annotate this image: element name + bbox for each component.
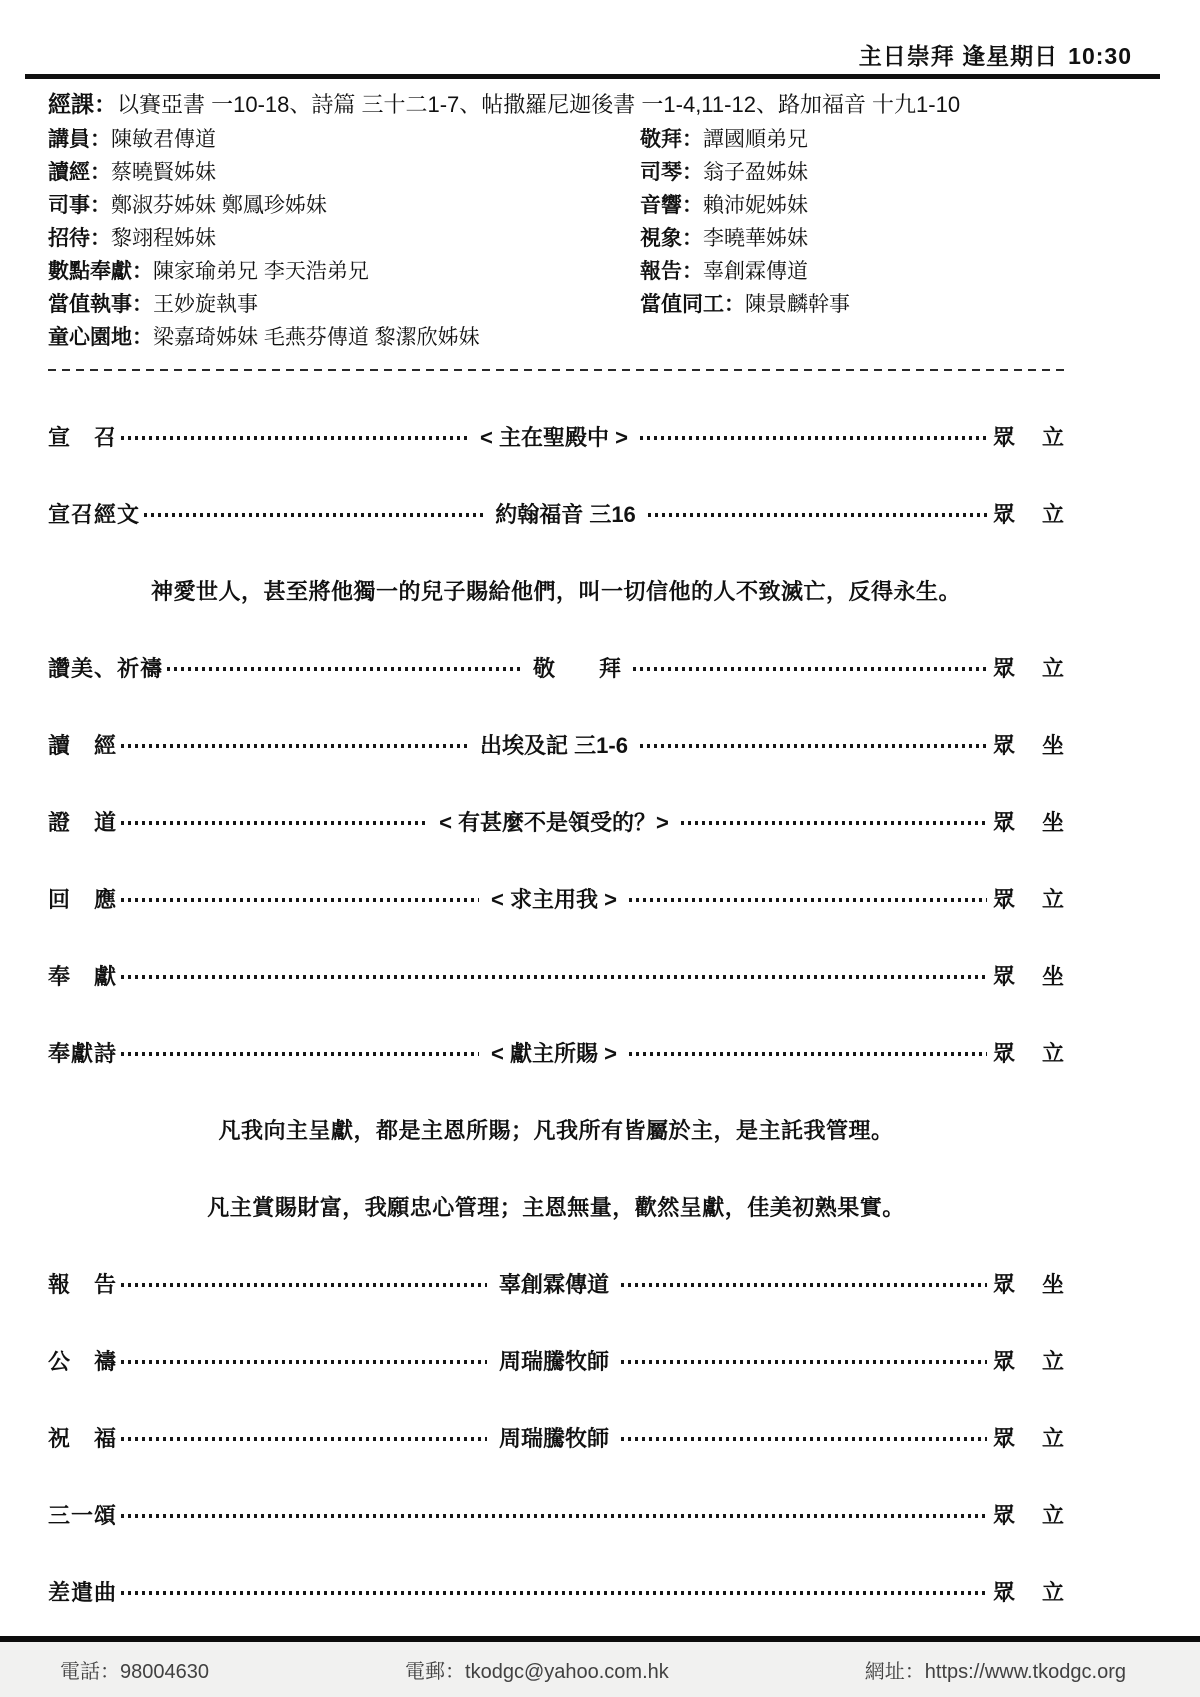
order-item-label: 差遣曲 [48,1576,117,1607]
email-value: tkodgc@yahoo.com.hk [465,1661,669,1683]
website-label: 網址： [865,1661,925,1683]
role-item: 讀經：蔡曉賢姊妹 [48,156,640,189]
order-row: 報 告 辜創霖傳道 眾 坐 [48,1268,1064,1299]
dotted-leader [621,1437,987,1441]
service-time: 10:30 [1068,43,1132,70]
order-row: 證 道 < 有甚麼不是領受的？> 眾 坐 [48,806,1064,837]
order-item-label: 回 應 [48,883,117,914]
stance-label: 坐 [1042,729,1064,760]
order-item-label: 讀 經 [48,729,117,760]
stance-label: 立 [1042,421,1064,452]
verse-text: 凡我向主呈獻，都是主恩所賜；凡我所有皆屬於主，是主託我管理。 [218,1118,893,1143]
stance-label: 立 [1042,883,1064,914]
dotted-leader [121,436,468,440]
order-item-center: < 求主用我 > [483,883,625,914]
congregation-posture: 眾 立 [993,1576,1064,1607]
order-item-center: < 有甚麼不是領受的？> [431,806,677,837]
order-row: 讚美、祈禱 敬 拜 眾 立 [48,652,1064,683]
order-row: 宣召經文 約翰福音 三16 眾 立 [48,498,1064,529]
posture-label: 眾 [993,498,1015,529]
role-label: 敬拜： [640,128,703,151]
role-value: 王妙旋執事 [153,293,258,316]
order-row: 宣 召 < 主在聖殿中 > 眾 立 [48,421,1064,452]
role-value: 蔡曉賢姊妹 [111,161,216,184]
role-value: 辜創霖傳道 [703,260,808,283]
dotted-leader [121,1360,487,1364]
congregation-posture: 眾 坐 [993,729,1064,760]
congregation-posture: 眾 坐 [993,1268,1064,1299]
dotted-leader [121,1283,487,1287]
role-item: 講員：陳敏君傳道 [48,123,640,156]
order-item-label: 報 告 [48,1268,117,1299]
stance-label: 坐 [1042,806,1064,837]
order-item-center: < 主在聖殿中 > [472,421,636,452]
role-label: 視象： [640,227,703,250]
posture-label: 眾 [993,960,1015,991]
stance-label: 立 [1042,1345,1064,1376]
role-label: 當值執事： [48,293,153,316]
lectionary-text: 以賽亞書 一10-18、詩篇 三十二1-7、帖撒羅尼迦後書 一1-4,11-12… [117,92,960,117]
verse-text: 凡主賞賜財富，我願忠心管理；主恩無量，歡然呈獻，佳美初熟果實。 [207,1195,905,1220]
footer-email: 電郵：tkodgc@yahoo.com.hk [405,1655,669,1684]
verse-row: 凡我向主呈獻，都是主恩所賜；凡我所有皆屬於主，是主託我管理。 [48,1114,1064,1145]
posture-label: 眾 [993,883,1015,914]
dotted-leader [640,436,987,440]
order-of-service: 宣 召 < 主在聖殿中 > 眾 立 宣召經文 約翰福音 三16 眾 立 神愛世人… [48,421,1064,1607]
role-item: 當值執事：王妙旋執事 [48,288,640,321]
role-value: 梁嘉琦姊妹 毛燕芬傳道 黎潔欣姊妹 [153,326,480,349]
order-item-center: 辜創霖傳道 [491,1268,617,1299]
stance-label: 立 [1042,652,1064,683]
roles-column-right: 敬拜：譚國順弟兄 司琴：翁子盈姊妹 音響：賴沛妮姊妹 視象：李曉華姊妹 報告：辜… [640,123,1064,354]
bulletin-content: 經課：以賽亞書 一10-18、詩篇 三十二1-7、帖撒羅尼迦後書 一1-4,11… [48,88,1064,1653]
order-row: 差遣曲 眾 立 [48,1576,1064,1607]
role-value: 陳家瑜弟兄 李天浩弟兄 [153,260,369,283]
footer-phone: 電話：98004630 [60,1655,209,1684]
congregation-posture: 眾 立 [993,1422,1064,1453]
posture-label: 眾 [993,1345,1015,1376]
role-item: 司琴：翁子盈姊妹 [640,156,1064,189]
role-item: 童心園地：梁嘉琦姊妹 毛燕芬傳道 黎潔欣姊妹 [48,321,640,354]
order-row: 讀 經 出埃及記 三1-6 眾 坐 [48,729,1064,760]
posture-label: 眾 [993,729,1015,760]
website-value: https://www.tkodgc.org [925,1661,1126,1683]
role-label: 音響： [640,194,703,217]
dotted-leader [629,898,987,902]
congregation-posture: 眾 坐 [993,806,1064,837]
order-item-label: 三一頌 [48,1499,117,1530]
email-label: 電郵： [405,1661,465,1683]
role-value: 陳敏君傳道 [111,128,216,151]
order-item-center: 周瑞騰牧師 [491,1345,617,1376]
role-value: 譚國順弟兄 [703,128,808,151]
order-row: 回 應 < 求主用我 > 眾 立 [48,883,1064,914]
role-value: 翁子盈姊妹 [703,161,808,184]
order-row: 奉 獻 眾 坐 [48,960,1064,991]
lectionary-line: 經課：以賽亞書 一10-18、詩篇 三十二1-7、帖撒羅尼迦後書 一1-4,11… [48,88,1064,121]
congregation-posture: 眾 立 [993,1345,1064,1376]
roles-section: 講員：陳敏君傳道 讀經：蔡曉賢姊妹 司事：鄭淑芬姊妹 鄭鳳珍姊妹 招待：黎翊程姊… [48,123,1064,354]
lectionary-label: 經課： [48,91,117,117]
bulletin-page: 主日崇拜 逢星期日 10:30 經課：以賽亞書 一10-18、詩篇 三十二1-7… [0,0,1200,1697]
role-value: 鄭淑芬姊妹 鄭鳳珍姊妹 [111,194,327,217]
order-item-center: 出埃及記 三1-6 [472,729,636,760]
phone-value: 98004630 [120,1661,209,1683]
stance-label: 立 [1042,1499,1064,1530]
posture-label: 眾 [993,652,1015,683]
role-item: 當值同工：陳景麟幹事 [640,288,1064,321]
order-item-label: 奉獻詩 [48,1037,117,1068]
order-row: 奉獻詩 < 獻主所賜 > 眾 立 [48,1037,1064,1068]
dotted-leader [144,513,483,517]
dashed-divider [48,369,1064,371]
dotted-leader [121,1437,487,1441]
role-label: 當值同工： [640,293,745,316]
congregation-posture: 眾 立 [993,652,1064,683]
role-label: 數點奉獻： [48,260,153,283]
posture-label: 眾 [993,1037,1015,1068]
dotted-leader [121,821,427,825]
order-item-label: 祝 福 [48,1422,117,1453]
order-item-center: 敬 拜 [525,652,629,683]
role-item: 敬拜：譚國順弟兄 [640,123,1064,156]
order-item-center: 周瑞騰牧師 [491,1422,617,1453]
congregation-posture: 眾 立 [993,883,1064,914]
posture-label: 眾 [993,421,1015,452]
order-row: 三一頌 眾 立 [48,1499,1064,1530]
stance-label: 立 [1042,1422,1064,1453]
role-item: 視象：李曉華姊妹 [640,222,1064,255]
role-value: 黎翊程姊妹 [111,227,216,250]
role-label: 講員： [48,128,111,151]
posture-label: 眾 [993,1576,1015,1607]
order-item-center: < 獻主所賜 > [483,1037,625,1068]
role-value: 賴沛妮姊妹 [703,194,808,217]
dotted-leader [121,1052,479,1056]
dotted-leader [121,1514,987,1518]
stance-label: 坐 [1042,960,1064,991]
posture-label: 眾 [993,1268,1015,1299]
posture-label: 眾 [993,806,1015,837]
role-value: 李曉華姊妹 [703,227,808,250]
role-item: 音響：賴沛妮姊妹 [640,189,1064,222]
footer-bar: 電話：98004630 電郵：tkodgc@yahoo.com.hk 網址：ht… [0,1642,1200,1697]
order-row: 祝 福 周瑞騰牧師 眾 立 [48,1422,1064,1453]
dotted-leader [633,667,987,671]
role-label: 童心園地： [48,326,153,349]
dotted-leader [629,1052,987,1056]
order-item-label: 讚美、祈禱 [48,652,163,683]
dotted-leader [167,667,521,671]
posture-label: 眾 [993,1499,1015,1530]
order-item-label: 宣召經文 [48,498,140,529]
stance-label: 立 [1042,1037,1064,1068]
order-item-label: 宣 召 [48,421,117,452]
posture-label: 眾 [993,1422,1015,1453]
role-label: 讀經： [48,161,111,184]
role-item: 報告：辜創霖傳道 [640,255,1064,288]
role-label: 報告： [640,260,703,283]
dotted-leader [121,1591,987,1595]
role-item: 招待：黎翊程姊妹 [48,222,640,255]
verse-text: 神愛世人，甚至將他獨一的兒子賜給他們，叫一切信他的人不致滅亡，反得永生。 [151,579,961,604]
page-title: 主日崇拜 逢星期日 10:30 [859,38,1132,71]
congregation-posture: 眾 坐 [993,960,1064,991]
roles-column-left: 講員：陳敏君傳道 讀經：蔡曉賢姊妹 司事：鄭淑芬姊妹 鄭鳳珍姊妹 招待：黎翊程姊… [48,123,640,354]
dotted-leader [640,744,987,748]
role-label: 司琴： [640,161,703,184]
footer-website: 網址：https://www.tkodgc.org [865,1655,1126,1684]
role-value: 陳景麟幹事 [745,293,850,316]
congregation-posture: 眾 立 [993,421,1064,452]
stance-label: 立 [1042,498,1064,529]
dotted-leader [648,513,987,517]
order-item-label: 奉 獻 [48,960,117,991]
verse-row: 神愛世人，甚至將他獨一的兒子賜給他們，叫一切信他的人不致滅亡，反得永生。 [48,575,1064,606]
dotted-leader [621,1283,987,1287]
order-row: 公 禱 周瑞騰牧師 眾 立 [48,1345,1064,1376]
service-title: 主日崇拜 逢星期日 [859,38,1058,71]
stance-label: 立 [1042,1576,1064,1607]
order-item-label: 公 禱 [48,1345,117,1376]
verse-row: 凡主賞賜財富，我願忠心管理；主恩無量，歡然呈獻，佳美初熟果實。 [48,1191,1064,1222]
dotted-leader [121,975,987,979]
role-item: 數點奉獻：陳家瑜弟兄 李天浩弟兄 [48,255,640,288]
order-item-center: 約翰福音 三16 [487,498,644,529]
congregation-posture: 眾 立 [993,1499,1064,1530]
header-rule [25,74,1160,79]
phone-label: 電話： [60,1661,120,1683]
role-label: 招待： [48,227,111,250]
dotted-leader [681,821,987,825]
stance-label: 坐 [1042,1268,1064,1299]
congregation-posture: 眾 立 [993,498,1064,529]
role-label: 司事： [48,194,111,217]
dotted-leader [621,1360,987,1364]
dotted-leader [121,898,479,902]
order-item-label: 證 道 [48,806,117,837]
role-item: 司事：鄭淑芬姊妹 鄭鳳珍姊妹 [48,189,640,222]
congregation-posture: 眾 立 [993,1037,1064,1068]
dotted-leader [121,744,468,748]
